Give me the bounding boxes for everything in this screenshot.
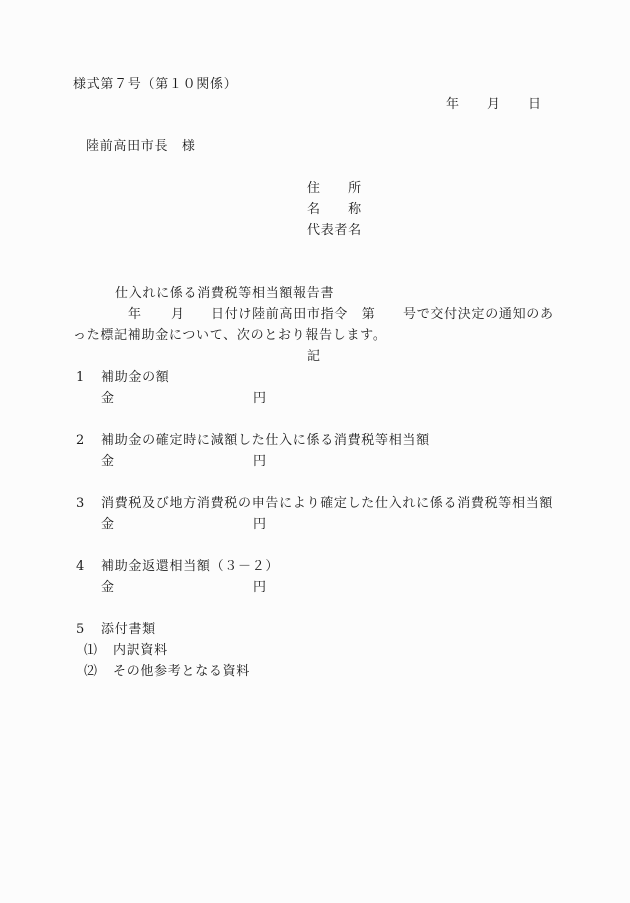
item-4-label: 補助金返還相当額（３－２） bbox=[101, 560, 279, 573]
body-year: 年 bbox=[128, 308, 142, 321]
applicant-representative-label: 代表者名 bbox=[307, 224, 362, 237]
item-4-number: 4 bbox=[76, 560, 85, 573]
body-line1-mid: 日付け陸前高田市指令 第 bbox=[211, 308, 375, 321]
ki-label: 記 bbox=[307, 350, 321, 363]
item-1-amount-suffix: 円 bbox=[253, 392, 267, 405]
date-month-label: 月 bbox=[487, 98, 501, 111]
document-title: 仕入れに係る消費税等相当額報告書 bbox=[115, 287, 334, 300]
item-2-amount-suffix: 円 bbox=[253, 455, 267, 468]
body-month: 月 bbox=[171, 308, 185, 321]
form-number: 様式第７号（第１０関係） bbox=[73, 78, 237, 91]
item-2-amount-prefix: 金 bbox=[101, 455, 115, 468]
item-1-number: 1 bbox=[76, 371, 85, 384]
addressee: 陸前高田市長 様 bbox=[86, 140, 196, 153]
item-3-label: 消費税及び地方消費税の申告により確定した仕入れに係る消費税等相当額 bbox=[101, 497, 553, 510]
body-line1-end: 号で交付決定の通知のあ bbox=[403, 308, 554, 321]
item-2-label: 補助金の確定時に減額した仕入に係る消費税等相当額 bbox=[101, 434, 430, 447]
date-year-label: 年 bbox=[446, 98, 460, 111]
item-4-amount-prefix: 金 bbox=[101, 581, 115, 594]
applicant-name-label: 名 称 bbox=[307, 203, 362, 216]
attachment-1-marker: ⑴ bbox=[84, 644, 98, 657]
attachment-1-label: 内訳資料 bbox=[113, 644, 168, 657]
attachment-2-marker: ⑵ bbox=[84, 665, 98, 678]
body-line2: った標記補助金について、次のとおり報告します。 bbox=[73, 329, 387, 342]
attachments-label: 添付書類 bbox=[101, 623, 156, 636]
item-3-amount-suffix: 円 bbox=[253, 518, 267, 531]
item-1-amount-prefix: 金 bbox=[101, 392, 115, 405]
item-3-amount-prefix: 金 bbox=[101, 518, 115, 531]
attachment-2-label: その他参考となる資料 bbox=[113, 665, 250, 678]
item-4-amount-suffix: 円 bbox=[253, 581, 267, 594]
date-day-label: 日 bbox=[528, 98, 542, 111]
attachments-number: 5 bbox=[76, 623, 85, 636]
item-1-label: 補助金の額 bbox=[101, 371, 170, 384]
applicant-address-label: 住 所 bbox=[307, 182, 362, 195]
item-2-number: 2 bbox=[76, 434, 85, 447]
item-3-number: 3 bbox=[76, 497, 85, 510]
